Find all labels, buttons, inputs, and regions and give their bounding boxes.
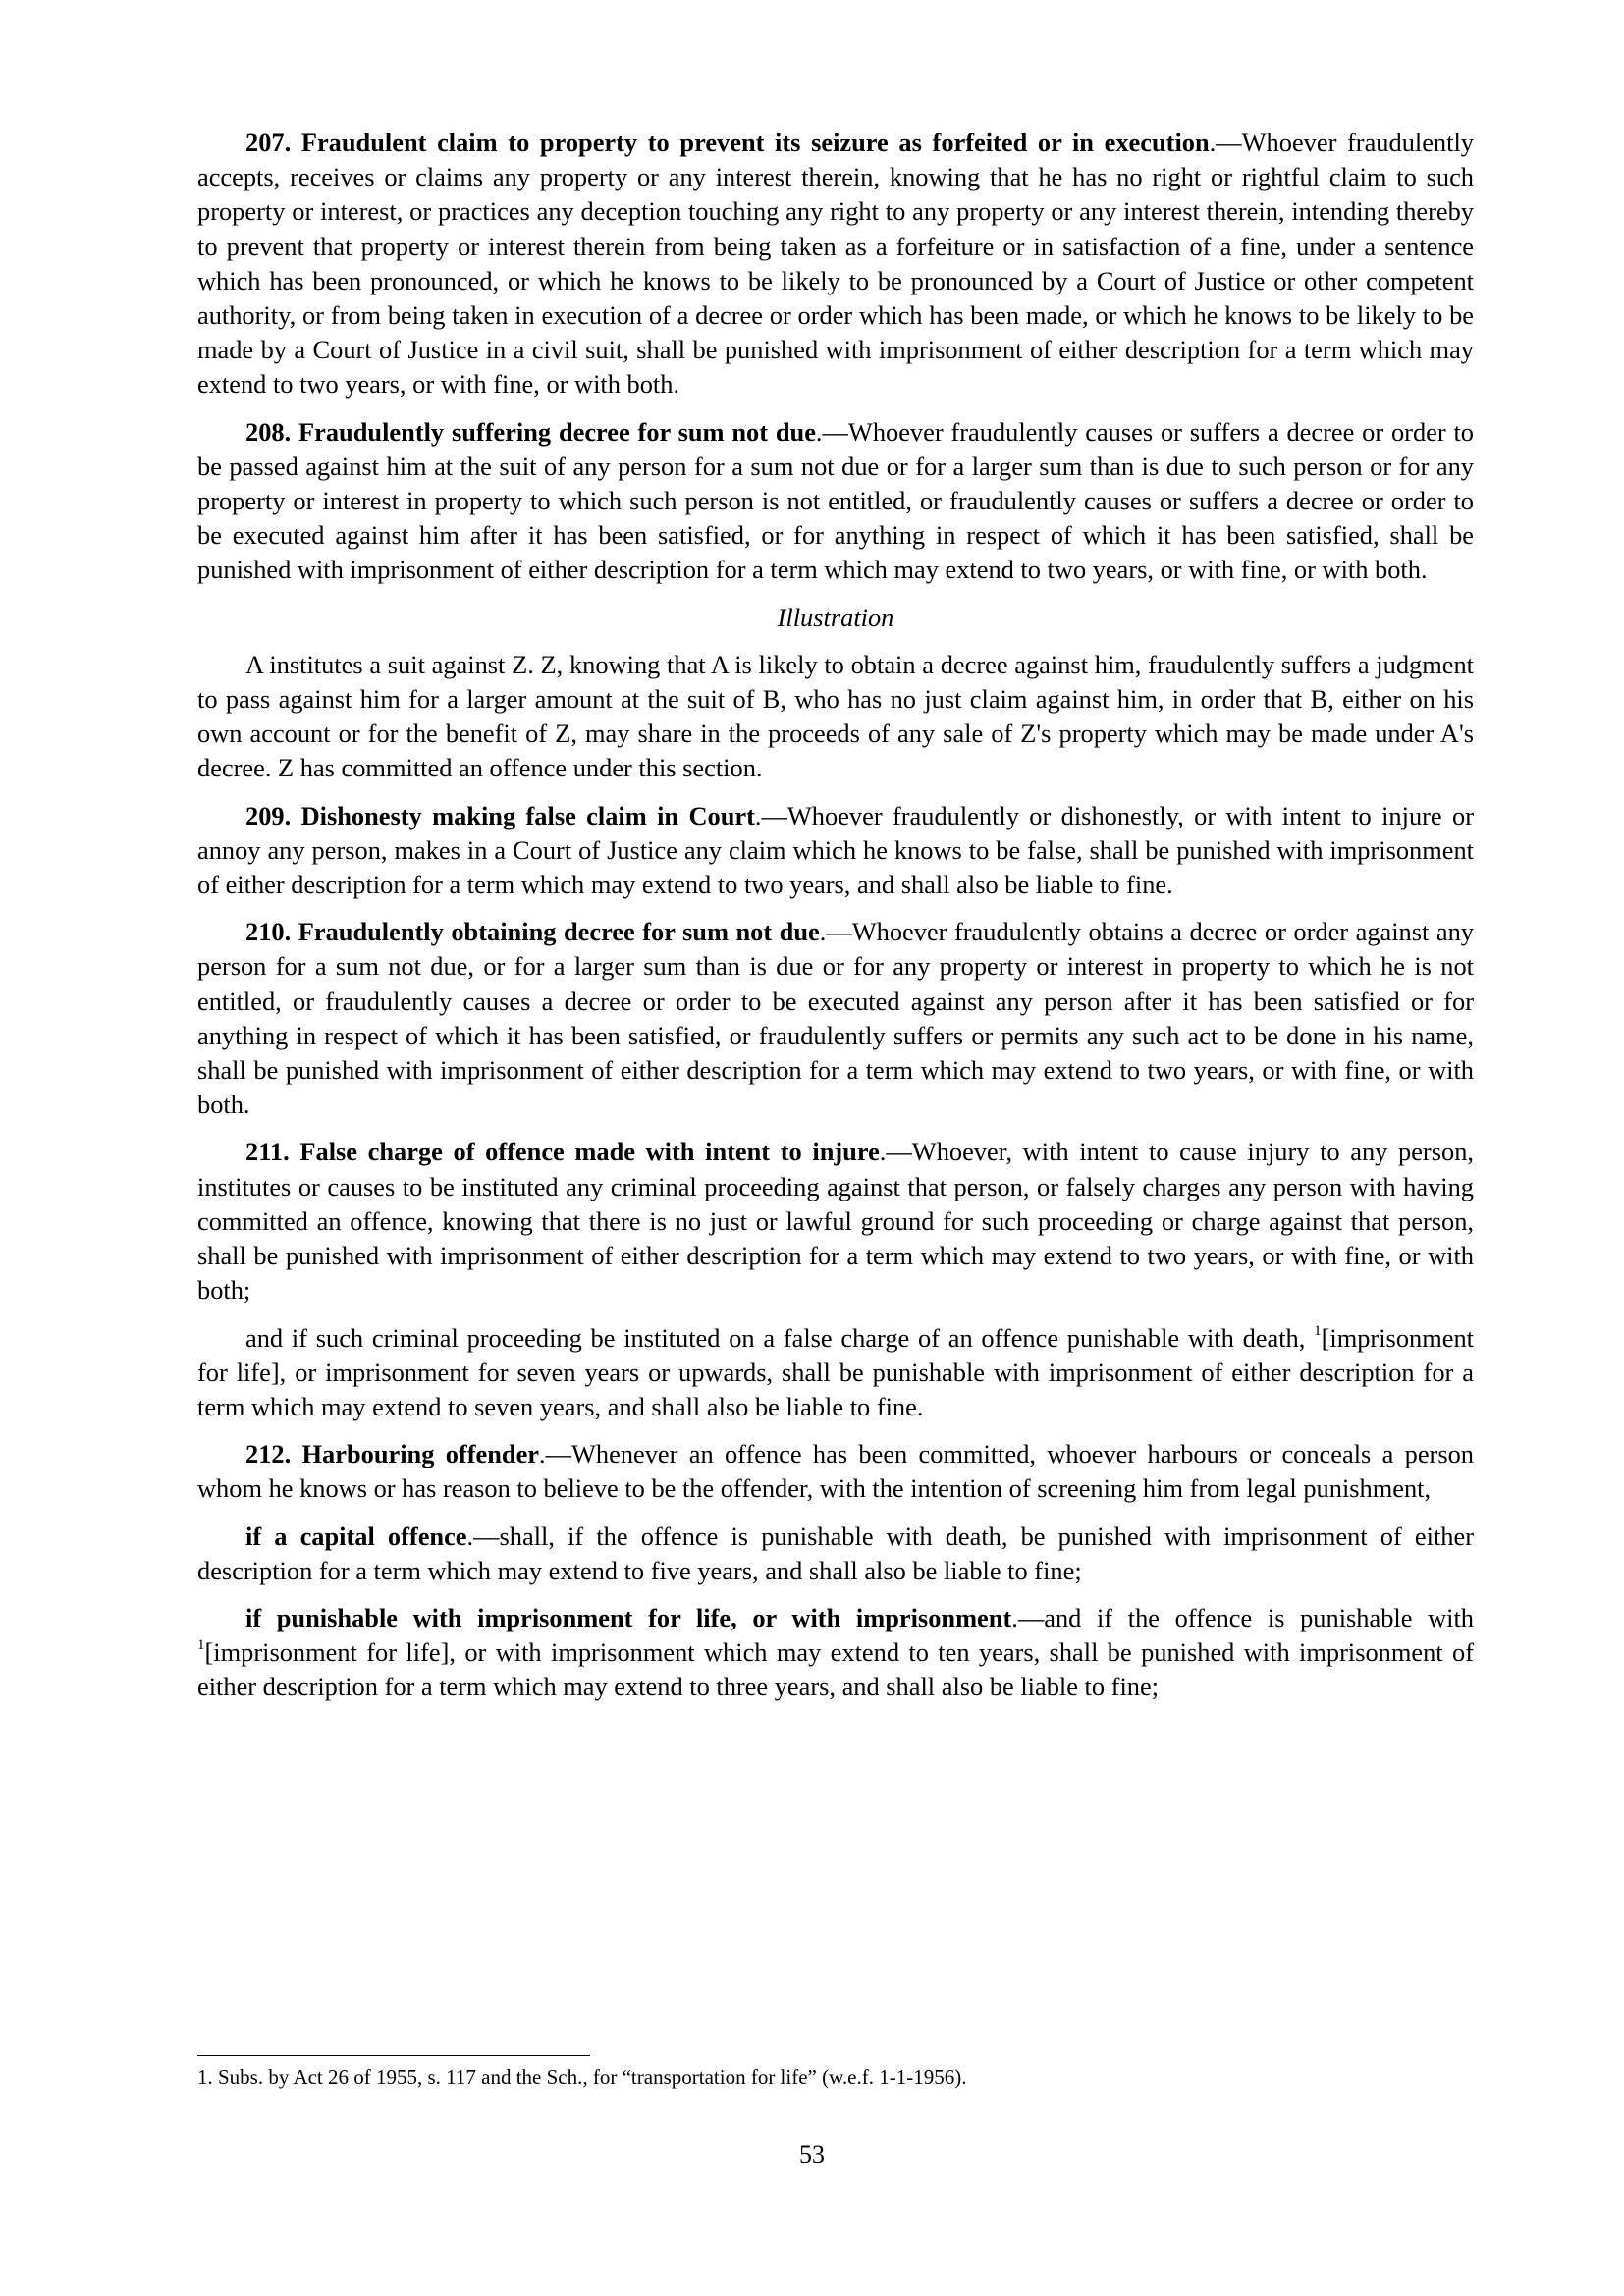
section-number: 212. [245,1439,291,1468]
section-number: 209. [245,801,291,830]
section-heading: 208. Fraudulently suffering decree for s… [245,417,816,447]
section-title: Fraudulently suffering decree for sum no… [298,417,816,447]
section-207: 207. Fraudulent claim to property to pre… [197,126,1474,402]
section-body: .—Whoever fraudulently accepts, receives… [197,128,1474,399]
document-page: 207. Fraudulent claim to property to pre… [197,126,1474,1718]
paragraph-text: and if such criminal proceeding be insti… [245,1323,1314,1353]
clause-heading: if punishable with imprisonment for life… [245,1603,1011,1632]
clause-body: .—and if the offence is punishable with [1011,1603,1474,1632]
section-title: Fraudulently obtaining decree for sum no… [298,917,820,946]
page-number: 53 [0,2140,1624,2169]
footnote: 1. Subs. by Act 26 of 1955, s. 117 and t… [197,2065,966,2090]
section-heading: 211. False charge of offence made with i… [245,1137,880,1166]
section-211-paragraph-2: and if such criminal proceeding be insti… [197,1321,1474,1425]
section-heading: 209. Dishonesty making false claim in Co… [245,801,755,830]
footnote-divider [197,2055,590,2056]
section-212-life-imprisonment: if punishable with imprisonment for life… [197,1601,1474,1705]
section-heading: 212. Harbouring offender [245,1439,539,1468]
section-title: False charge of offence made with intent… [299,1137,879,1166]
section-heading: 207. Fraudulent claim to property to pre… [245,128,1210,157]
section-208: 208. Fraudulently suffering decree for s… [197,415,1474,588]
section-210: 210. Fraudulently obtaining decree for s… [197,915,1474,1122]
section-title: Fraudulent claim to property to prevent … [301,128,1210,157]
illustration-heading: Illustration [197,601,1474,635]
clause-heading: if a capital offence [245,1522,467,1551]
section-number: 210. [245,917,291,946]
section-number: 211. [245,1137,290,1166]
section-body: .—Whoever fraudulently obtains a decree … [197,917,1474,1119]
section-title: Harbouring offender [302,1439,540,1468]
clause-body: [imprisonment for life], or with impriso… [197,1637,1474,1701]
section-212-capital-offence: if a capital offence.—shall, if the offe… [197,1520,1474,1588]
section-211: 211. False charge of offence made with i… [197,1135,1474,1308]
section-212: 212. Harbouring offender.—Whenever an of… [197,1437,1474,1506]
section-number: 208. [245,417,291,447]
footnote-ref[interactable]: 1 [1314,1323,1322,1339]
section-209: 209. Dishonesty making false claim in Co… [197,799,1474,903]
illustration-text: A institutes a suit against Z. Z, knowin… [197,648,1474,786]
section-title: Dishonesty making false claim in Court [301,801,755,830]
section-number: 207. [245,128,291,157]
section-heading: 210. Fraudulently obtaining decree for s… [245,917,820,946]
footnote-ref[interactable]: 1 [197,1637,205,1653]
